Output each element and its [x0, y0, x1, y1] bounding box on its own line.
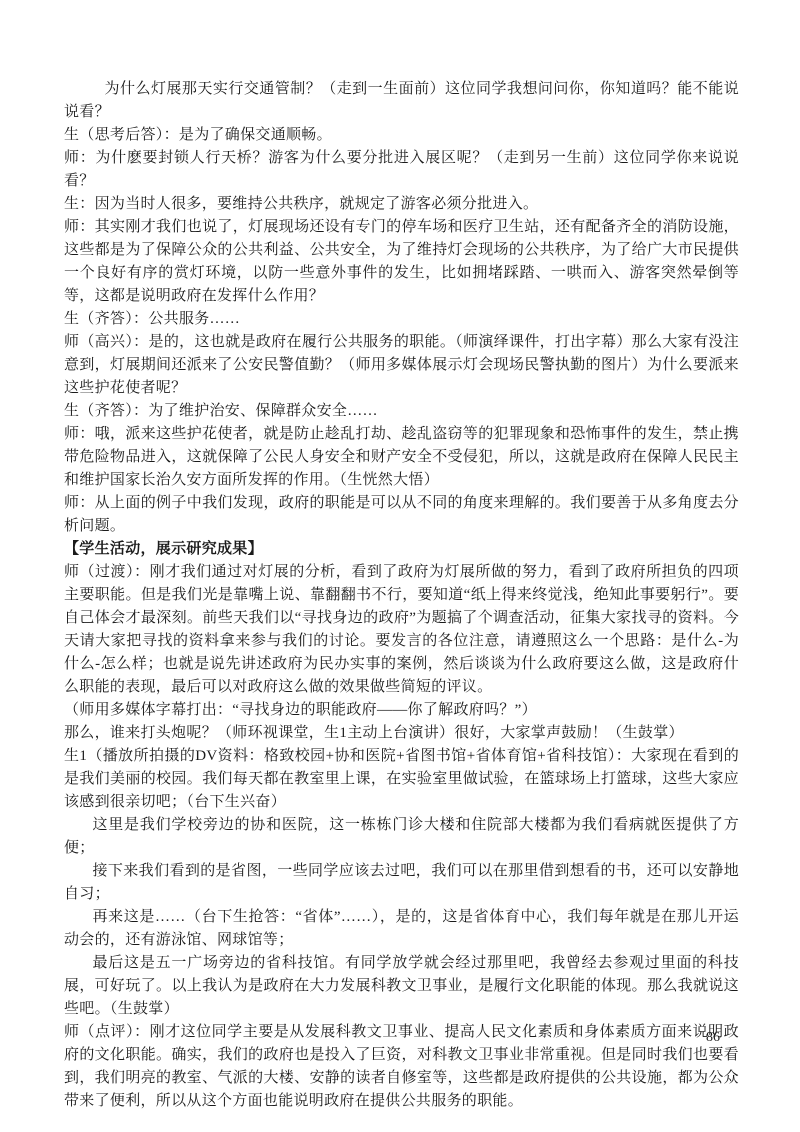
teacher-summary-multi-angle: 师：从上面的例子中我们发现，政府的职能是可以从不同的角度来理解的。我们要善于从多…: [64, 492, 739, 538]
teacher-speech-continuation: 为什么灯展那天实行交通管制？（走到一生面前）这位同学我想问问你，你知道吗？能不能…: [64, 78, 739, 124]
student1-presentation-library: 接下来我们看到的是省图，一些同学应该去过吧，我们可以在那里借到想看的书，还可以安…: [64, 860, 739, 906]
student1-presentation-science-museum: 最后这是五一广场旁边的省科技馆。有同学放学就会经过那里吧，我曾经去参观过里面的科…: [64, 952, 739, 1021]
teacher-question-bridge: 师：为什麽要封锁人行天桥？游客为什么要分批进入展区呢？（走到另一生前）这位同学你…: [64, 147, 739, 193]
teacher-followup-police: 师（高兴）：是的，这也就是政府在履行公共服务的职能。（师演绎课件，打出字幕）那么…: [64, 331, 739, 400]
student1-presentation-hospital: 这里是我们学校旁边的协和医院，这一栋栋门诊大楼和住院部大楼都为我们看病就医提供了…: [64, 814, 739, 860]
document-page: 为什么灯展那天实行交通管制？（走到一生面前）这位同学我想问问你，你知道吗？能不能…: [0, 0, 800, 1132]
student1-presentation-campus: 生1（播放所拍摄的DV资料：格致校园+协和医院+省图书馆+省体育馆+省科技馆）：…: [64, 745, 739, 814]
page-number: 86: [706, 1030, 720, 1046]
teacher-prompt-volunteer: 那么，谁来打头炮呢？（师环视课堂，生1主动上台演讲）很好，大家掌声鼓励！（生鼓掌…: [64, 722, 739, 745]
student-reply-order: 生：因为当时人很多，要维持公共秩序，就规定了游客必须分批进入。: [64, 193, 739, 216]
teacher-explanation-public-service: 师：其实刚才我们也说了，灯展现场还设有专门的停车场和医疗卫生站，还有配备齐全的消…: [64, 216, 739, 308]
stage-direction-subtitle: （师用多媒体字幕打出：“寻找身边的职能政府——你了解政府吗？”）: [64, 699, 739, 722]
students-chorus-public-service: 生（齐答）：公共服务……: [64, 308, 739, 331]
teacher-comment-review: 师（点评）：刚才这位同学主要是从发展科教文卫事业、提高人民文化素质和身体素质方面…: [64, 1021, 739, 1113]
student1-presentation-stadium: 再来这是……（台下生抢答：“省体”……），是的，这是省体育中心，我们每年就是在那…: [64, 906, 739, 952]
student-reply-traffic: 生（思考后答）：是为了确保交通顺畅。: [64, 124, 739, 147]
students-chorus-safety: 生（齐答）：为了维护治安、保障群众安全……: [64, 400, 739, 423]
teacher-explanation-security: 师：哦，派来这些护花使者，就是防止趁乱打劫、趁乱盗窃等的犯罪现象和恐怖事件的发生…: [64, 423, 739, 492]
teacher-transition: 师（过渡）：刚才我们通过对灯展的分析，看到了政府为灯展所做的努力，看到了政府所担…: [64, 561, 739, 699]
page-content: 为什么灯展那天实行交通管制？（走到一生面前）这位同学我想问问你，你知道吗？能不能…: [64, 78, 739, 1113]
section-heading-student-activity: 【学生活动，展示研究成果】: [64, 538, 739, 561]
